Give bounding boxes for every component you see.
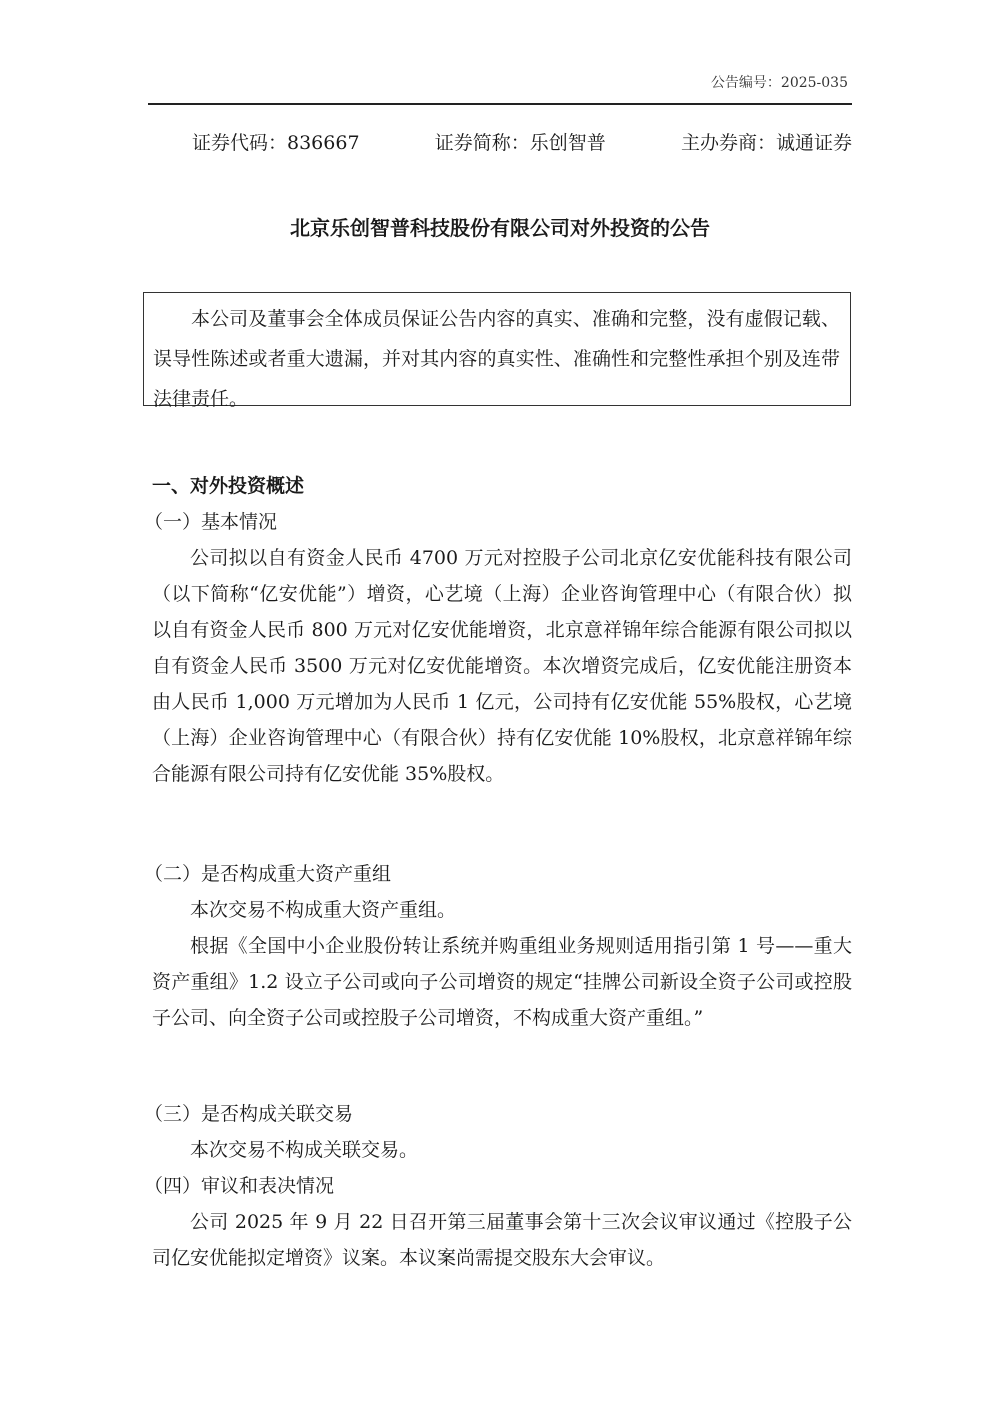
subsection-heading-related: （三）是否构成关联交易	[144, 1096, 852, 1132]
header-divider	[148, 103, 852, 105]
related-transaction-paragraph: 本次交易不构成关联交易。	[152, 1132, 852, 1168]
restructuring-paragraph-1: 本次交易不构成重大资产重组。	[152, 892, 852, 928]
disclaimer-box: 本公司及董事会全体成员保证公告内容的真实、准确和完整，没有虚假记载、误导性陈述或…	[143, 292, 851, 406]
security-code: 证券代码：836667	[192, 128, 360, 155]
subsection-heading-review: （四）审议和表决情况	[144, 1168, 852, 1204]
section-related-transaction: （三）是否构成关联交易 本次交易不构成关联交易。 （四）审议和表决情况 公司 2…	[152, 1096, 852, 1276]
restructuring-paragraph-2: 根据《全国中小企业股份转让系统并购重组业务规则适用指引第 1 号——重大资产重组…	[152, 928, 852, 1036]
subsection-heading-restructuring: （二）是否构成重大资产重组	[144, 856, 852, 892]
review-paragraph: 公司 2025 年 9 月 22 日召开第三届董事会第十三次会议审议通过《控股子…	[152, 1204, 852, 1276]
section-overview: 一、对外投资概述 （一）基本情况 公司拟以自有资金人民币 4700 万元对控股子…	[152, 468, 852, 792]
page-title: 北京乐创智普科技股份有限公司对外投资的公告	[0, 212, 1000, 241]
announcement-number: 公告编号：2025-035	[711, 72, 848, 92]
securities-info-row: 证券代码：836667 证券简称：乐创智普 主办券商：诚通证券	[192, 128, 852, 155]
basic-info-paragraph: 公司拟以自有资金人民币 4700 万元对控股子公司北京亿安优能科技有限公司（以下…	[152, 540, 852, 792]
disclaimer-text: 本公司及董事会全体成员保证公告内容的真实、准确和完整，没有虚假记载、误导性陈述或…	[153, 299, 840, 419]
section-major-restructuring: （二）是否构成重大资产重组 本次交易不构成重大资产重组。 根据《全国中小企业股份…	[152, 856, 852, 1036]
security-short-name: 证券简称：乐创智普	[435, 128, 606, 155]
sponsor-broker: 主办券商：诚通证券	[681, 128, 852, 155]
subsection-heading-basic: （一）基本情况	[144, 504, 852, 540]
section-heading: 一、对外投资概述	[152, 468, 852, 504]
